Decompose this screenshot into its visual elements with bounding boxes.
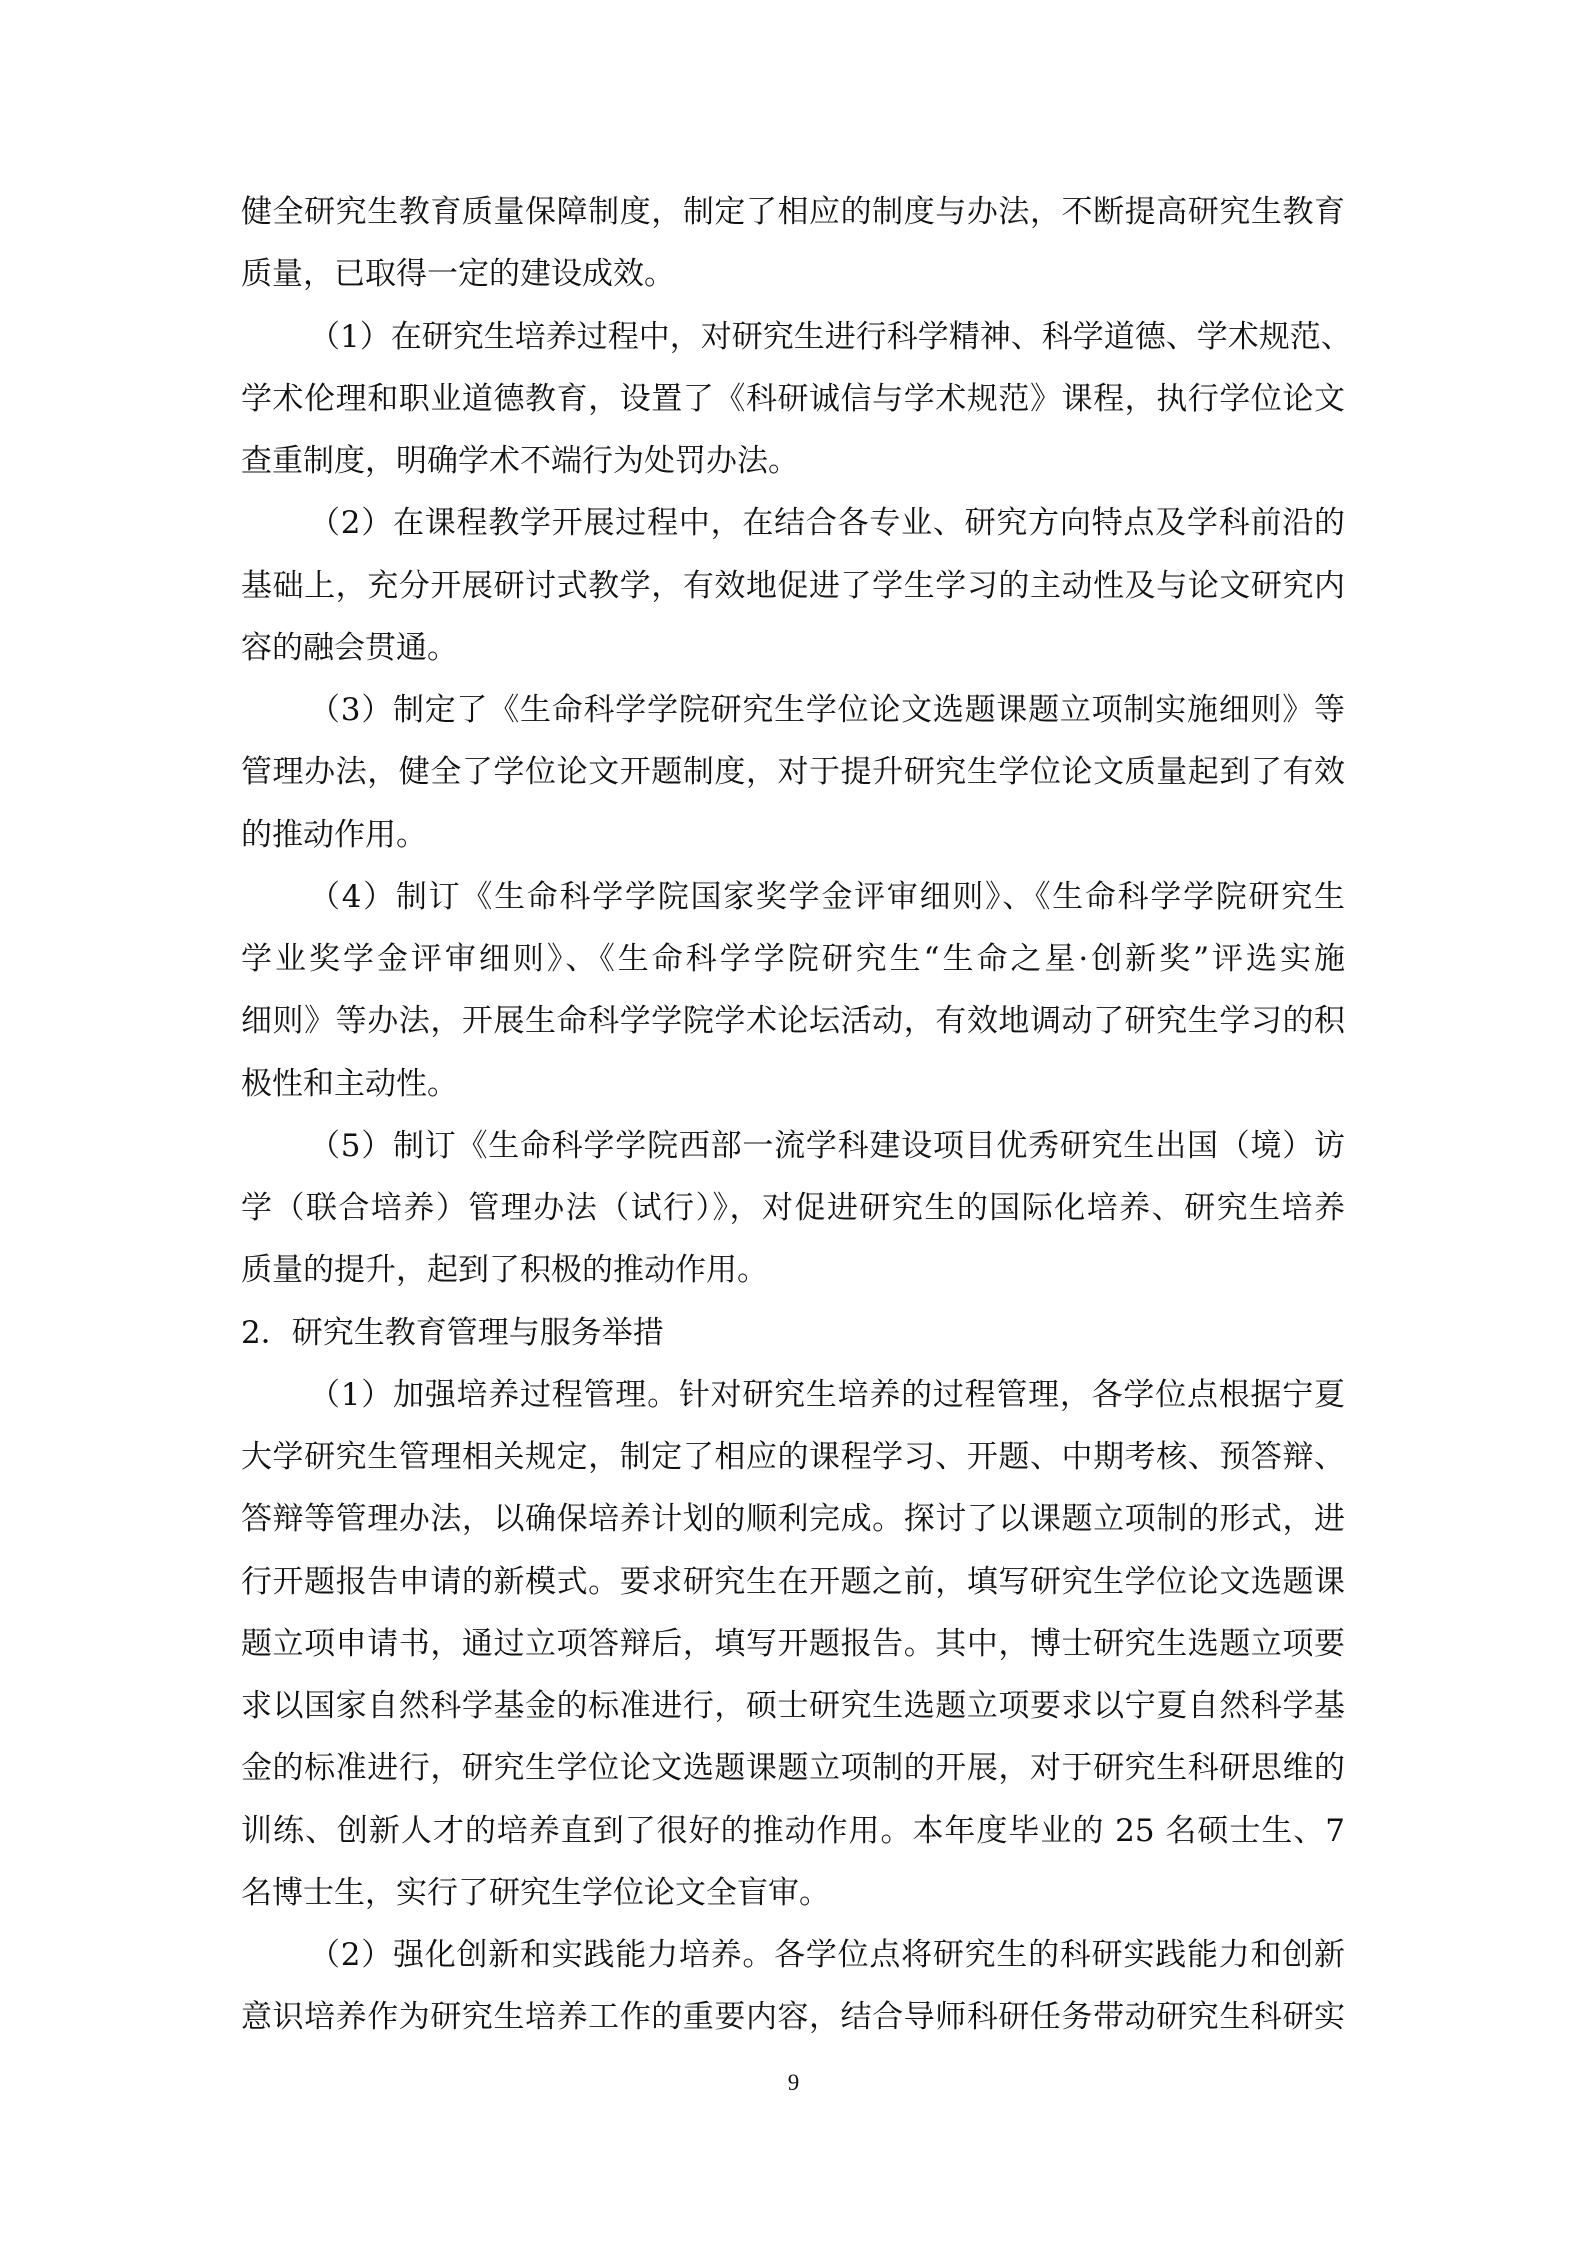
text-line: 题立项申请书，通过立项答辩后，填写开题报告。其中，博士研究生选题立项要 (241, 1613, 1345, 1675)
text-line: 管理办法，健全了学位论文开题制度，对于提升研究生学位论文质量起到了有效 (241, 741, 1345, 803)
text-line: （1）加强培养过程管理。针对研究生培养的过程管理，各学位点根据宁夏 (241, 1364, 1345, 1426)
text-line: 求以国家自然科学基金的标准进行，硕士研究生选题立项要求以宁夏自然科学基 (241, 1675, 1345, 1737)
page-number: 9 (0, 2068, 1587, 2098)
text-line: 金的标准进行，研究生学位论文选题课题立项制的开展，对于研究生科研思维的 (241, 1737, 1345, 1799)
text-line: （2）强化创新和实践能力培养。各学位点将研究生的科研实践能力和创新 (241, 1924, 1345, 1986)
text-line: 的推动作用。 (241, 804, 1345, 866)
list-item-innovation-practice: （2）强化创新和实践能力培养。各学位点将研究生的科研实践能力和创新 意识培养作为… (241, 1924, 1345, 2049)
text-line: （4）制订《生命科学学院国家奖学金评审细则》、《生命科学学院研究生 (241, 866, 1345, 928)
list-item-research-ethics: （1）在研究生培养过程中，对研究生进行科学精神、科学道德、学术规范、 学术伦理和… (241, 306, 1345, 493)
text-line: 学业奖学金评审细则》、《生命科学学院研究生“生命之星·创新奖”评选实施 (241, 928, 1345, 990)
document-body: 健全研究生教育质量保障制度，制定了相应的制度与办法，不断提高研究生教育 质量，已… (241, 181, 1345, 2049)
text-line: （5）制订《生命科学学院西部一流学科建设项目优秀研究生出国（境）访 (241, 1115, 1345, 1177)
text-line: 细则》等办法，开展生命科学学院学术论坛活动，有效地调动了研究生学习的积 (241, 990, 1345, 1052)
text-line: （1）在研究生培养过程中，对研究生进行科学精神、科学道德、学术规范、 (241, 306, 1345, 368)
text-line: 学（联合培养）管理办法（试行）》，对促进研究生的国际化培养、研究生培养 (241, 1177, 1345, 1239)
text-line: 行开题报告申请的新模式。要求研究生在开题之前，填写研究生学位论文选题课 (241, 1551, 1345, 1613)
text-line: （3）制定了《生命科学学院研究生学位论文选题课题立项制实施细则》等 (241, 679, 1345, 741)
list-item-process-management: （1）加强培养过程管理。针对研究生培养的过程管理，各学位点根据宁夏 大学研究生管… (241, 1364, 1345, 1924)
text-line: 质量，已取得一定的建设成效。 (241, 243, 1345, 305)
section-heading: 2．研究生教育管理与服务举措 (241, 1302, 1345, 1364)
text-line: 容的融会贯通。 (241, 617, 1345, 679)
text-line: 质量的提升，起到了积极的推动作用。 (241, 1239, 1345, 1301)
text-line: 训练、创新人才的培养直到了很好的推动作用。本年度毕业的 25 名硕士生、7 (241, 1800, 1345, 1862)
section-heading-management-measures: 2．研究生教育管理与服务举措 (241, 1302, 1345, 1364)
list-item-thesis-proposal-rules: （3）制定了《生命科学学院研究生学位论文选题课题立项制实施细则》等 管理办法，健… (241, 679, 1345, 866)
text-line: 名博士生，实行了研究生学位论文全盲审。 (241, 1862, 1345, 1924)
list-item-seminar-teaching: （2）在课程教学开展过程中，在结合各专业、研究方向特点及学科前沿的 基础上，充分… (241, 492, 1345, 679)
text-line: 大学研究生管理相关规定，制定了相应的课程学习、开题、中期考核、预答辩、 (241, 1426, 1345, 1488)
text-line: （2）在课程教学开展过程中，在结合各专业、研究方向特点及学科前沿的 (241, 492, 1345, 554)
text-line: 查重制度，明确学术不端行为处罚办法。 (241, 430, 1345, 492)
text-line: 健全研究生教育质量保障制度，制定了相应的制度与办法，不断提高研究生教育 (241, 181, 1345, 243)
document-page: 健全研究生教育质量保障制度，制定了相应的制度与办法，不断提高研究生教育 质量，已… (0, 0, 1587, 2245)
paragraph-quality-assurance: 健全研究生教育质量保障制度，制定了相应的制度与办法，不断提高研究生教育 质量，已… (241, 181, 1345, 306)
list-item-overseas-study-rules: （5）制订《生命科学学院西部一流学科建设项目优秀研究生出国（境）访 学（联合培养… (241, 1115, 1345, 1302)
text-line: 意识培养作为研究生培养工作的重要内容，结合导师科研任务带动研究生科研实 (241, 1986, 1345, 2048)
text-line: 学术伦理和职业道德教育，设置了《科研诚信与学术规范》课程，执行学位论文 (241, 368, 1345, 430)
text-line: 基础上，充分开展研讨式教学，有效地促进了学生学习的主动性及与论文研究内 (241, 555, 1345, 617)
text-line: 答辩等管理办法，以确保培养计划的顺利完成。探讨了以课题立项制的形式，进 (241, 1488, 1345, 1550)
list-item-scholarship-rules: （4）制订《生命科学学院国家奖学金评审细则》、《生命科学学院研究生 学业奖学金评… (241, 866, 1345, 1115)
text-line: 极性和主动性。 (241, 1053, 1345, 1115)
